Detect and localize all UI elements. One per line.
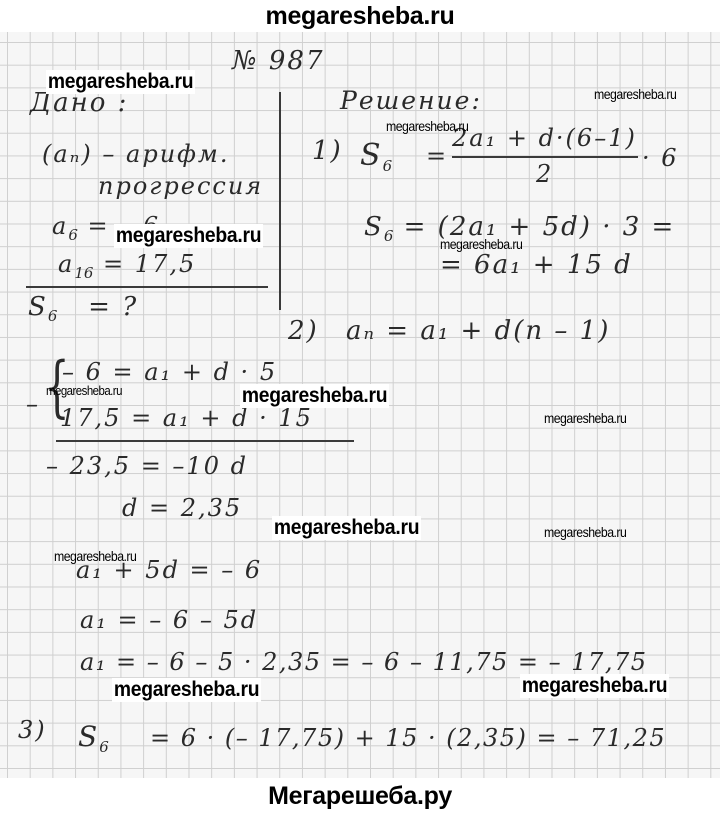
system-underline [56, 440, 354, 442]
given-a16: a16 = 17,5 [58, 250, 196, 282]
difference-line: – 23,5 = –10 d [46, 452, 248, 480]
site-footer: Мегарешеба.ру [0, 778, 720, 814]
system-eq1: – 6 = a₁ + d · 5 [62, 358, 277, 386]
problem-number: № 987 [232, 46, 325, 76]
a6-lhs: a [52, 212, 68, 240]
section-divider [279, 92, 281, 310]
watermark: megaresheba.ru [594, 86, 676, 102]
watermark: megaresheba.ru [46, 70, 195, 94]
s-lhs: S [360, 138, 383, 173]
a16-rhs: = 17,5 [103, 250, 196, 278]
step3-marker: 3) [18, 716, 47, 744]
step1-eq: = [426, 142, 448, 170]
a16-lhs: a [58, 250, 74, 278]
watermark: megaresheba.ru [272, 516, 421, 540]
watermark: megaresheba.ru [544, 410, 626, 426]
watermark: megaresheba.ru [520, 674, 669, 698]
step1-marker: 1) [312, 136, 343, 166]
watermark: megaresheba.ru [46, 383, 122, 398]
a1-eq3: a₁ = – 6 – 5 · 2,35 = – 6 – 11,75 = – 17… [80, 648, 647, 676]
given-underline [26, 286, 268, 288]
s-lhs: S [364, 212, 384, 242]
given-find: S6 = ? [28, 292, 138, 325]
s-sub: 6 [384, 227, 394, 245]
step3-sum-symbol: S6 [78, 720, 109, 756]
watermark: megaresheba.ru [386, 118, 468, 134]
s-sub: 6 [383, 157, 393, 175]
s-lhs: S [78, 720, 99, 753]
find-rhs: = ? [88, 292, 138, 322]
a6-sub: 6 [68, 226, 78, 244]
watermark: megaresheba.ru [440, 236, 522, 252]
step2-formula: aₙ = a₁ + d(n – 1) [346, 316, 610, 346]
step1-line3: = 6a₁ + 15 d [440, 250, 633, 280]
given-sequence-line1: (aₙ) – арифм. [42, 140, 229, 168]
fraction-bar [452, 156, 638, 158]
step1-sum-symbol: S6 [360, 138, 392, 175]
watermark: megaresheba.ru [114, 224, 263, 248]
given-sequence-line2: прогрессия [98, 172, 263, 200]
find-lhs: S [28, 292, 48, 322]
site-header: megaresheba.ru [0, 0, 720, 32]
step3-rhs: = 6 · (– 17,75) + 15 · (2,35) = – 71,25 [150, 724, 666, 752]
system-eq2: 17,5 = a₁ + d · 15 [60, 404, 313, 432]
watermark: megaresheba.ru [544, 524, 626, 540]
find-sub: 6 [48, 307, 58, 325]
watermark: megaresheba.ru [240, 384, 389, 408]
step1-denominator: 2 [536, 160, 553, 188]
d-value: d = 2,35 [122, 494, 242, 522]
watermark: megaresheba.ru [54, 548, 136, 564]
step1-numerator: 2a₁ + d·(6–1) [452, 124, 637, 152]
a1-eq2: a₁ = – 6 – 5d [80, 606, 258, 634]
notebook-page: № 987 Дано : (aₙ) – арифм. прогрессия a6… [0, 32, 720, 778]
a16-sub: 16 [74, 264, 93, 282]
solution-label: Решение: [340, 86, 482, 115]
system-minus: – [26, 390, 40, 418]
watermark: megaresheba.ru [112, 678, 261, 702]
step2-marker: 2) [288, 316, 319, 346]
step1-mult: · 6 [642, 144, 679, 172]
s-sub: 6 [99, 738, 109, 756]
